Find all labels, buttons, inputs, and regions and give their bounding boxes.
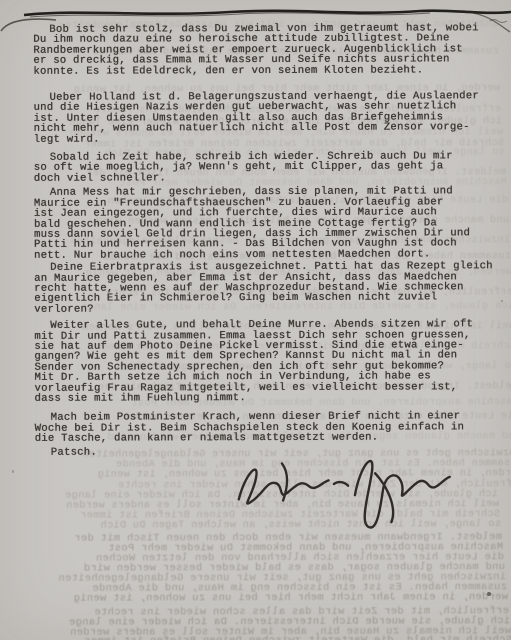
paragraph: Ueber Holland ist d. Belagerungszustand … bbox=[33, 91, 489, 145]
ink-speck bbox=[487, 592, 491, 596]
scanned-letter-page: inzwischen geht es uns ganz gut, seit wi… bbox=[0, 0, 511, 640]
paragraph: Deine Eierbratpraxis ist ausgezeichnet. … bbox=[34, 261, 490, 315]
letter-line: doch viel schneller. bbox=[34, 172, 490, 184]
bleedthrough-line: Schreib mir bald, die Wartezeit zwischen… bbox=[26, 635, 511, 640]
letter-line: Patsch. bbox=[35, 446, 491, 458]
letter-line: nett. Nur brauche ich noch eins vom nett… bbox=[34, 249, 490, 261]
ink-speck bbox=[12, 470, 14, 473]
letter-line: legt wird. bbox=[34, 133, 490, 145]
paragraph: Patsch. bbox=[35, 446, 491, 458]
paragraph: Bob ist sehr stolz, dass Du zweimal von … bbox=[33, 23, 489, 77]
letter-line: konnte. Es ist Edeldreck, den er von sei… bbox=[33, 65, 489, 77]
letter-line: nicht mehr, wenn auch natuerlich nicht a… bbox=[34, 122, 490, 134]
bleedthrough-line: so lange, weil ich sonst nicht weiss, an… bbox=[15, 520, 501, 532]
letter-line: verloren? bbox=[34, 303, 490, 315]
paragraph: Weiter alles Gute, und behalt Deine Murr… bbox=[34, 319, 490, 404]
paragraph: Anna Mess hat mir geschrieben, dass sie … bbox=[34, 186, 490, 260]
paragraph: Mach beim Postminister Krach, wenn diese… bbox=[35, 412, 491, 445]
bleedthrough-line: werden, in einem Jahr nicht mehr hier be… bbox=[22, 592, 508, 604]
letter-text: Bob ist sehr stolz, dass Du zweimal von … bbox=[33, 23, 491, 458]
ink-speck bbox=[501, 300, 503, 302]
letter-line: eigentlich Eier in Schmieroel? Ging beim… bbox=[34, 293, 490, 305]
letter-line: dass sie mit ihm Fuehlung nimmt. bbox=[35, 392, 491, 404]
letter-line: die Tasche, dann kann er niemals mattges… bbox=[35, 432, 491, 444]
paragraph: Sobald ich Zeit habe, schreib ich wieder… bbox=[34, 151, 490, 184]
